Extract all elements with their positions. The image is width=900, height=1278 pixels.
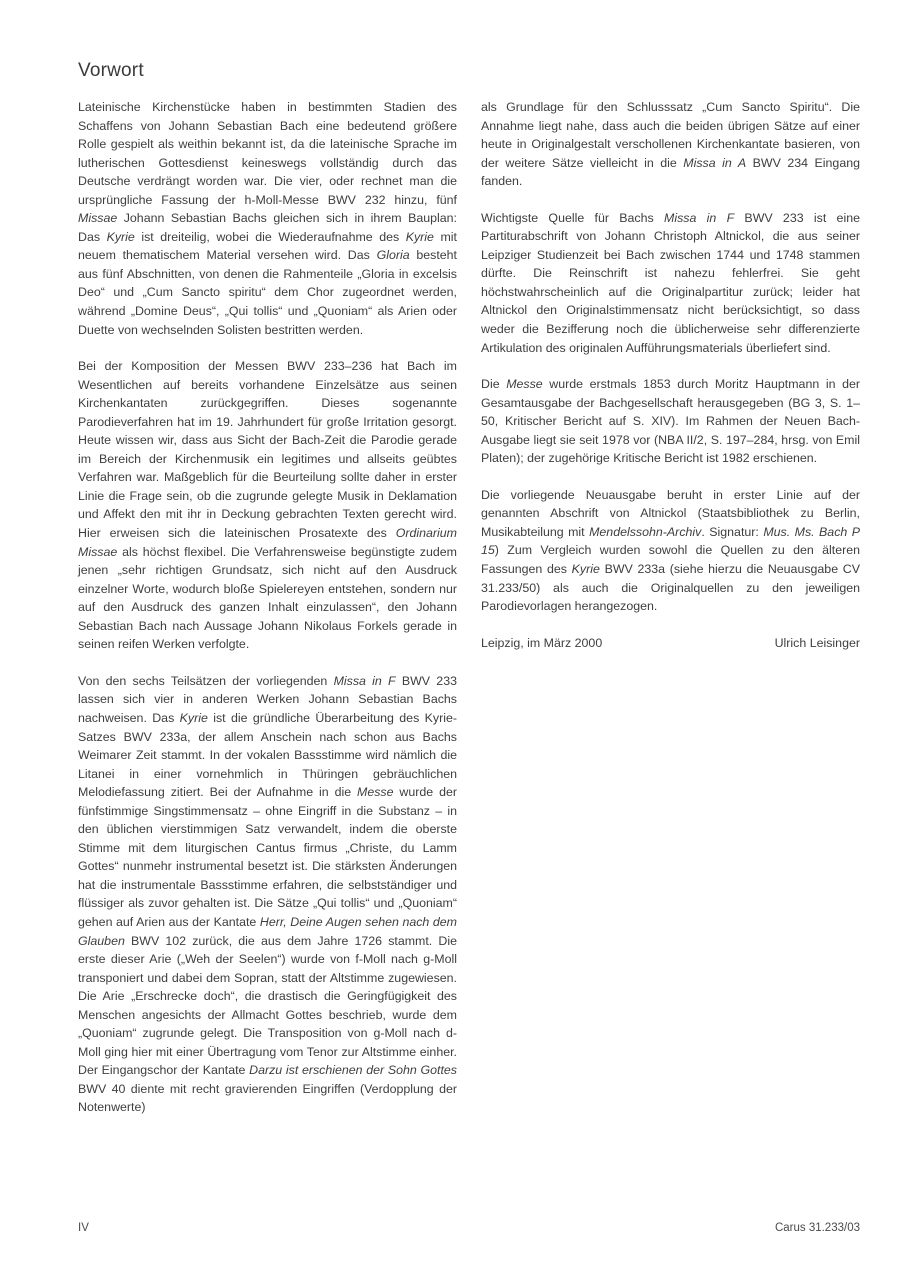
preface-page: Vorwort Lateinische Kirchenstücke haben …	[78, 60, 860, 1135]
signature-row: Leipzig, im März 2000 Ulrich Leisinger	[481, 634, 860, 653]
paragraph: Bei der Komposition der Messen BWV 233–2…	[78, 357, 457, 654]
signature-place-date: Leipzig, im März 2000	[481, 634, 602, 653]
paragraph: Lateinische Kirchenstücke haben in besti…	[78, 98, 457, 339]
paragraph: als Grundlage für den Schlusssatz „Cum S…	[481, 98, 860, 191]
paragraph: Wichtigste Quelle für Bachs Missa in F B…	[481, 209, 860, 357]
left-column: Lateinische Kirchenstücke haben in besti…	[78, 98, 457, 1135]
paragraph: Die Messe wurde erstmals 1853 durch Mori…	[481, 375, 860, 468]
two-column-text-block: Lateinische Kirchenstücke haben in besti…	[78, 98, 860, 1135]
footer-publisher-ref: Carus 31.233/03	[775, 1222, 860, 1234]
signature-author: Ulrich Leisinger	[775, 634, 860, 653]
footer-page-number: IV	[78, 1222, 89, 1234]
left-column-paragraphs: Lateinische Kirchenstücke haben in besti…	[78, 98, 457, 1117]
page-footer: IV Carus 31.233/03	[78, 1222, 860, 1234]
right-column-paragraphs: als Grundlage für den Schlusssatz „Cum S…	[481, 98, 860, 616]
paragraph: Von den sechs Teilsätzen der vorliegende…	[78, 672, 457, 1117]
page-title: Vorwort	[78, 60, 860, 82]
paragraph: Die vorliegende Neuausgabe beruht in ers…	[481, 486, 860, 616]
right-column: als Grundlage für den Schlusssatz „Cum S…	[481, 98, 860, 1135]
